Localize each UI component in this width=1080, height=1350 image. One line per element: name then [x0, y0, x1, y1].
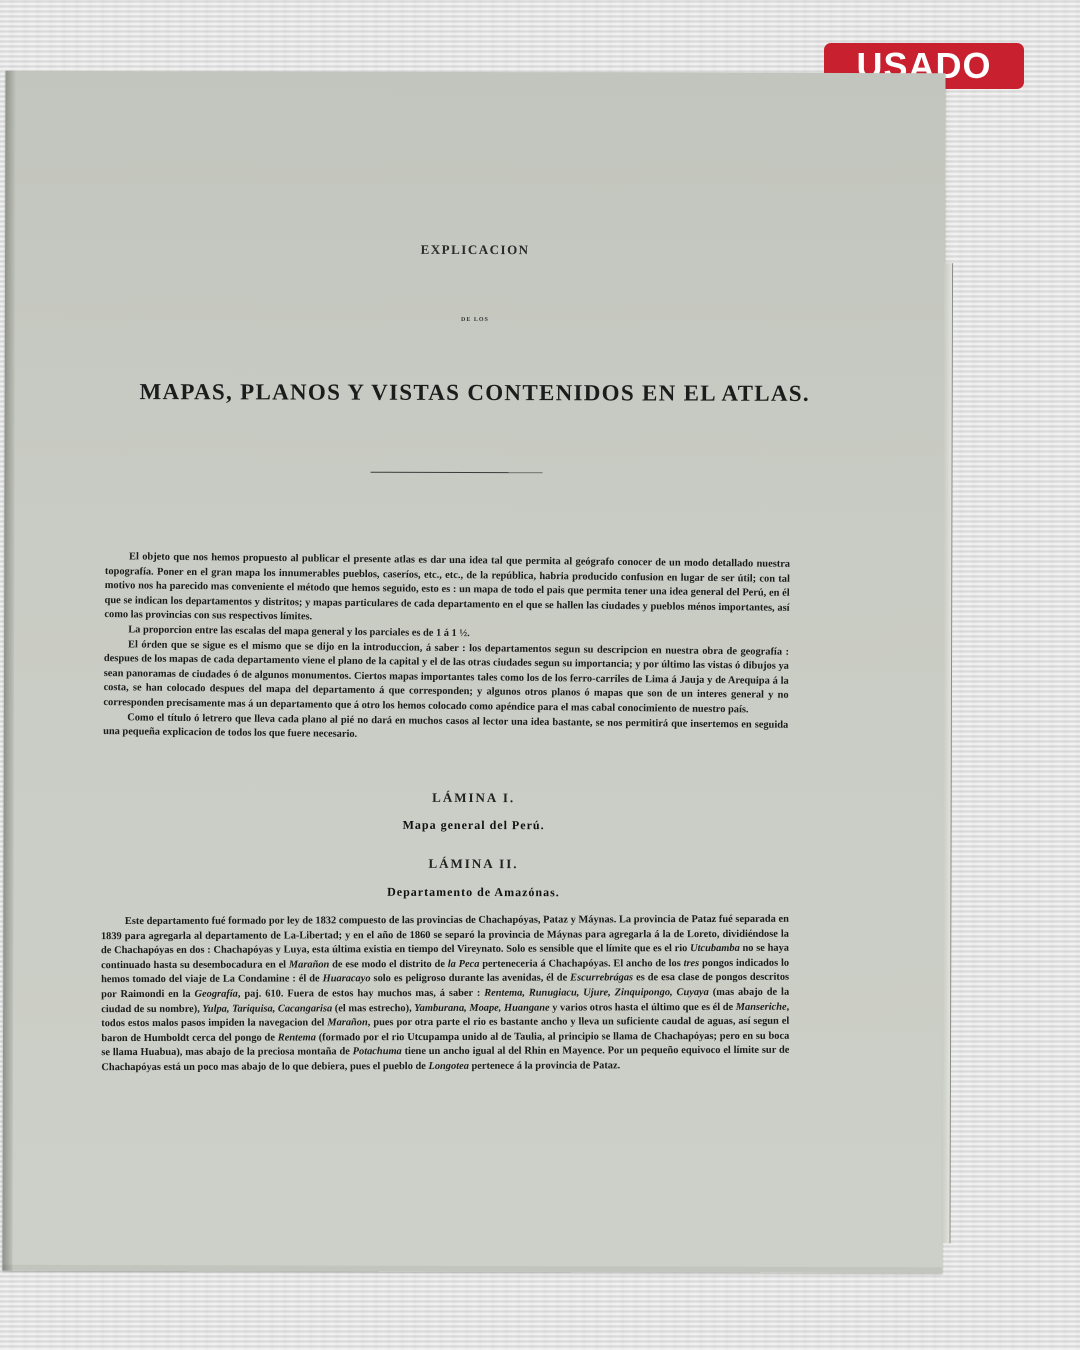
lamina-2-heading: LÁMINA II. [3, 855, 943, 873]
amazonas-description: Este departamento fué formado por ley de… [101, 913, 790, 1076]
italic-term: Rentema, Runugiacu, Ujure, Zinquipongo, … [484, 987, 709, 999]
text-run: Este departamento fué formado por ley de… [101, 914, 789, 957]
page-title: MAPAS, PLANOS Y VISTAS CONTENIDOS EN EL … [5, 379, 945, 407]
intro-paragraph: El órden que se sigue es el mismo que se… [103, 638, 789, 719]
lamina-2-title: Departamento de Amazónas. [3, 884, 943, 901]
lamina-1-title: Mapa general del Perú. [4, 817, 944, 834]
amazonas-paragraph: Este departamento fué formado por ley de… [101, 913, 790, 1076]
italic-term: Longotea [428, 1061, 468, 1072]
text-run: , paj. 610. Fuera de estos hay muchos ma… [238, 988, 484, 1000]
italic-term: Yamburana, Moape, Huangane [414, 1002, 549, 1013]
italic-term: Marañon [327, 1017, 367, 1028]
page-stack-edge [942, 263, 954, 1243]
italic-term: Potachuma [353, 1046, 402, 1057]
italic-term: Manseriche [736, 1001, 787, 1012]
italic-term: Geografía [195, 989, 238, 1000]
title-divider [371, 472, 543, 473]
italic-term: Huaracayo [323, 974, 371, 985]
italic-term: Yulpa, Tariquisa, Cacangarisa [202, 1003, 332, 1014]
italic-term: Rentema [278, 1032, 316, 1043]
italic-term: tres [684, 958, 700, 969]
text-run: pertenece á la provincia de Pataz. [469, 1060, 620, 1072]
italic-term: Escurrebrágas [570, 973, 633, 984]
text-run: perteneceria á Chachapóyas. El ancho de … [479, 958, 683, 970]
italic-term: Utcubamba [690, 943, 740, 954]
lamina-1-heading: LÁMINA I. [4, 789, 944, 807]
text-run: solo es peligroso durante las avenidas, … [371, 973, 571, 985]
text-run: (el mas estrecho), [332, 1003, 414, 1014]
intro-paragraph: El objeto que nos hemos propuesto al pub… [104, 550, 790, 631]
heading-explicacion: EXPLICACION [5, 241, 945, 259]
intro-text: El objeto que nos hemos propuesto al pub… [103, 550, 790, 747]
text-run: y varios otros hasta el último que es él… [550, 1001, 736, 1013]
italic-term: Marañon [289, 959, 329, 970]
text-run: de ese modo el distrito de [329, 959, 447, 970]
page-bottom-shadow [2, 1265, 942, 1273]
heading-connector: DE LOS [5, 316, 945, 324]
italic-term: la Peca [448, 959, 480, 970]
book-page: EXPLICACION DE LOS MAPAS, PLANOS Y VISTA… [2, 71, 945, 1273]
